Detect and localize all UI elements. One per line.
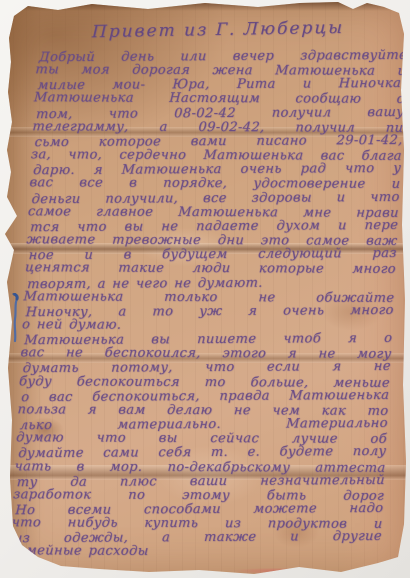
letter-heading: Привет из Г. Люберцы [37,17,399,43]
aged-paper-sheet: Привет из Г. Люберцы Добрый день или веч… [0,0,410,578]
scanned-letter-photo: Привет из Г. Люберцы Добрый день или веч… [0,0,410,578]
handwritten-line: ценятся такие люди которые много [25,262,397,278]
red-pencil-trace [220,567,340,575]
blue-ink-mark [11,293,21,345]
letter-body: Привет из Г. Люберцы Добрый день или веч… [10,16,409,560]
letter-lines: Добрый день или вечер здравствуйтеты моя… [10,50,408,560]
handwritten-line: семейные расходы [10,545,382,561]
